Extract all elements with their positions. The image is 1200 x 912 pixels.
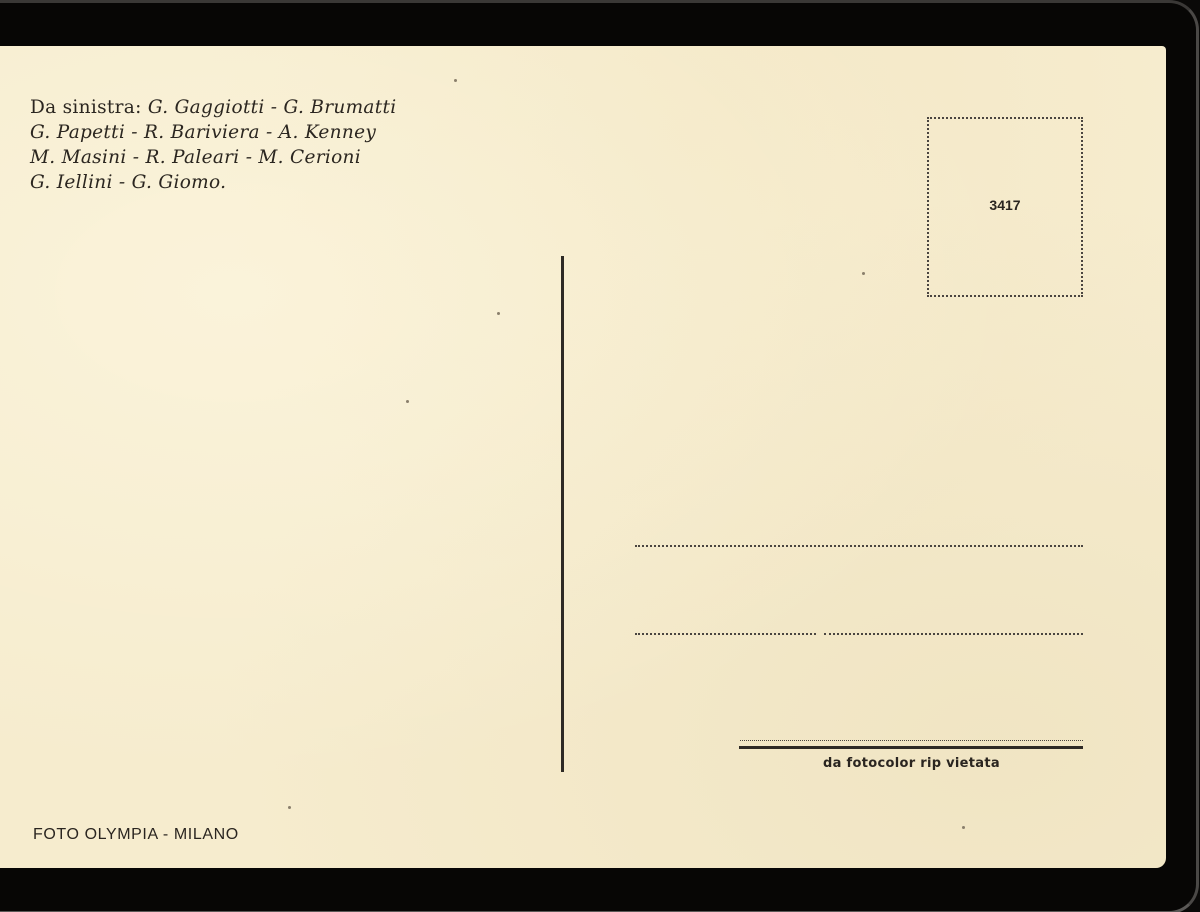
stamp-placeholder: 3417 (927, 117, 1083, 297)
player-caption: Da sinistra: G. Gaggiotti - G. Brumatti … (30, 95, 396, 195)
address-line-3 (740, 740, 1083, 741)
rights-notice: da fotocolor rip vietata (740, 756, 1083, 771)
paper-speck (406, 400, 409, 403)
paper-speck (288, 806, 291, 809)
paper-speck (454, 79, 457, 82)
postcard-back: Da sinistra: G. Gaggiotti - G. Brumatti … (0, 46, 1166, 868)
address-line-2-left (635, 633, 816, 635)
paper-speck (862, 272, 865, 275)
caption-line-1: Da sinistra: G. Gaggiotti - G. Brumatti (30, 95, 396, 120)
address-line-2-right (824, 633, 1083, 635)
caption-line-3: M. Masini - R. Paleari - M. Cerioni (30, 145, 396, 170)
caption-prefix: Da sinistra: (30, 97, 148, 118)
caption-line-4: G. Iellini - G. Giomo. (30, 170, 396, 195)
address-underline (739, 746, 1083, 749)
center-divider (561, 256, 564, 772)
card-code: 3417 (929, 197, 1081, 213)
publisher-credit: FOTO OLYMPIA - MILANO (33, 826, 239, 844)
address-line-1 (635, 545, 1083, 547)
paper-speck (962, 826, 965, 829)
caption-line-2: G. Papetti - R. Bariviera - A. Kenney (30, 120, 396, 145)
paper-speck (497, 312, 500, 315)
